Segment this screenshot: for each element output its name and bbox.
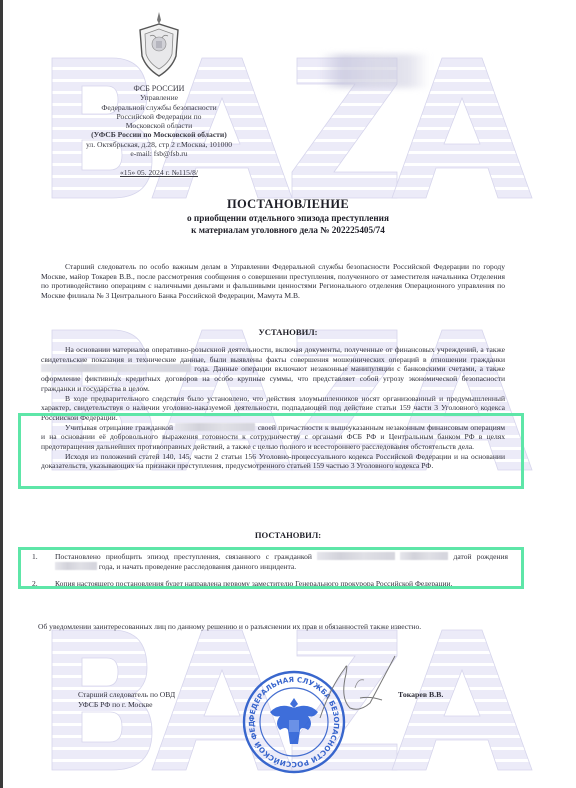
email: e-mail: fsb@fsb.ru: [48, 149, 270, 158]
title-sub: о приобщении отдельного эпизода преступл…: [0, 212, 576, 224]
org-line: Российской Федерации по: [48, 112, 270, 121]
highlight-box: [18, 413, 524, 489]
title-main: ПОСТАНОВЛЕНИЕ: [0, 197, 576, 212]
org-line: Управление: [48, 93, 270, 102]
highlight-box: [18, 547, 524, 589]
signatory-name: Токарев В.В.: [398, 690, 443, 699]
signatory-position: Старший следователь по ОВД УФСБ РФ по г.…: [78, 690, 175, 710]
fsb-shield-emblem-icon: [136, 10, 182, 80]
address: ул. Октябрьская, д.28, стр 2 г.Москва, 1…: [48, 140, 270, 149]
paragraph: На основании материалов оперативно-розыс…: [41, 345, 505, 394]
agency-name: ФСБ РОССИИ: [48, 84, 270, 93]
title-sub: к материалам уголовного дела № 202225405…: [0, 224, 576, 236]
org-line: Федеральной службы безопасности: [48, 103, 270, 112]
section-heading-resolved: ПОСТАНОВИЛ:: [0, 530, 576, 540]
org-short-name: (УФСБ России по Московской области): [48, 130, 270, 139]
org-line: Московской области: [48, 121, 270, 130]
handwritten-signature: [300, 648, 400, 728]
document-title: ПОСТАНОВЛЕНИЕ о приобщении отдельного эп…: [0, 197, 576, 236]
document-content: ФСБ РОССИИ Управление Федеральной службы…: [0, 0, 576, 788]
intro-paragraph: Старший следователь по особо важным дела…: [41, 262, 505, 301]
agency-header: ФСБ РОССИИ Управление Федеральной службы…: [48, 84, 270, 178]
date-and-number: «15» 05. 2024 г. №115/8/: [48, 168, 270, 177]
redacted-name: [41, 364, 191, 372]
notice-paragraph: Об уведомлении заинтересованных лиц по д…: [38, 622, 506, 632]
section-heading-established: УСТАНОВИЛ:: [0, 327, 576, 337]
redacted-region: [320, 54, 430, 88]
